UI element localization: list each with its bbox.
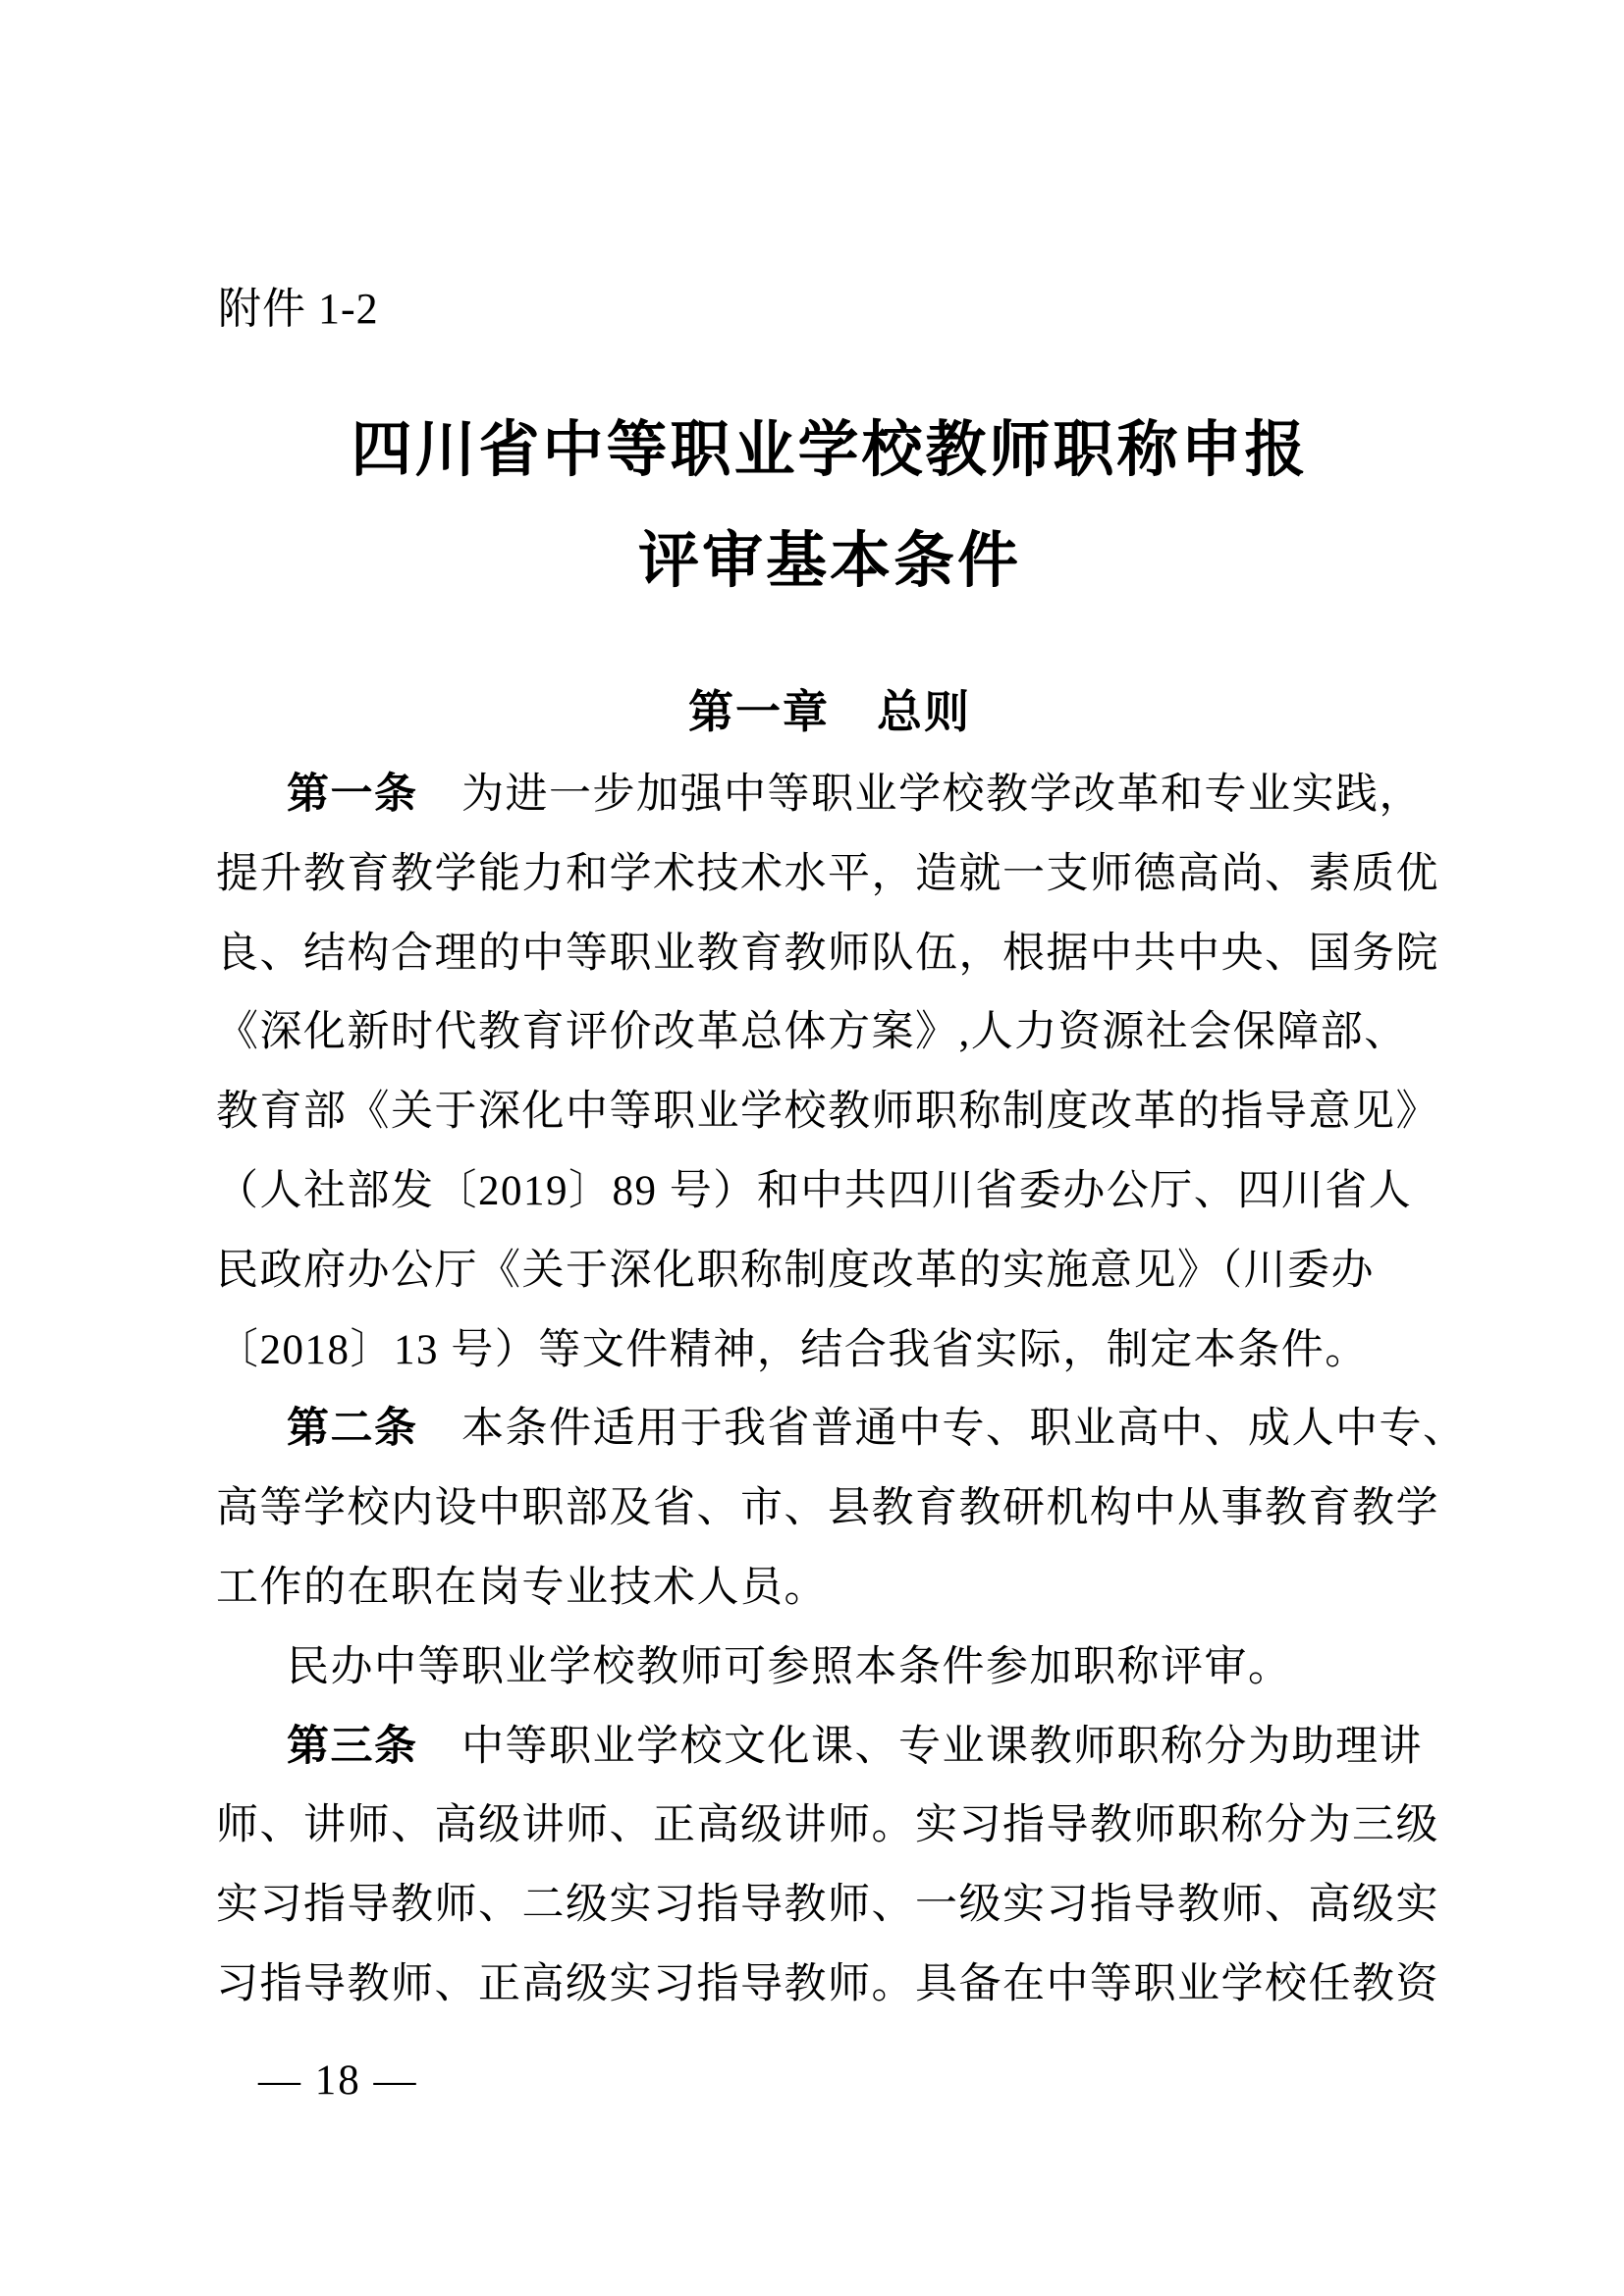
- body-text-segment: 高等学校内设中职部及省、市、县教育教研机构中从事教育教学: [216, 1485, 1439, 1531]
- body-line: 实习指导教师、二级实习指导教师、一级实习指导教师、高级实: [216, 1866, 1443, 1946]
- body-line: （人社部发〔2019〕89 号）和中共四川省委办公厅、四川省人: [216, 1152, 1443, 1232]
- body-text-segment: 中等职业学校文化课、专业课教师职称分为助理讲: [418, 1724, 1424, 1770]
- article-number: 第三条: [287, 1724, 418, 1770]
- body-line: 〔2018〕13 号）等文件精神，结合我省实际，制定本条件。: [216, 1311, 1443, 1391]
- document-page: 附件 1-2 四川省中等职业学校教师职称申报 评审基本条件 第一章 总则 第一条…: [0, 0, 1624, 2296]
- body-text-segment: 教育部《关于深化中等职业学校教师职称制度改革的指导意见》: [216, 1089, 1439, 1135]
- body-text-segment: 提升教育教学能力和学术技术水平，造就一支师德高尚、素质优: [216, 851, 1439, 897]
- article-number: 第一条: [287, 772, 418, 818]
- body-text-segment: 本条件适用于我省普通中专、职业高中、成人中专、: [418, 1406, 1467, 1452]
- body-text-segment: 师、讲师、高级讲师、正高级讲师。实习指导教师职称分为三级: [216, 1802, 1439, 1848]
- body-line: 提升教育教学能力和学术技术水平，造就一支师德高尚、素质优: [216, 835, 1443, 915]
- body-line: 习指导教师、正高级实习指导教师。具备在中等职业学校任教资: [216, 1946, 1443, 2025]
- body-line: 良、结构合理的中等职业教育教师队伍，根据中共中央、国务院: [216, 915, 1443, 994]
- body-text-segment: 民办中等职业学校教师可参照本条件参加职称评审。: [287, 1644, 1292, 1690]
- body-line: 工作的在职在岗专业技术人员。: [216, 1549, 1443, 1629]
- body-line: 师、讲师、高级讲师、正高级讲师。实习指导教师职称分为三级: [216, 1787, 1443, 1866]
- body-line: 《深化新时代教育评价改革总体方案》,人力资源社会保障部、: [216, 993, 1443, 1073]
- attachment-label: 附件 1-2: [218, 286, 379, 333]
- body-text-segment: 为进一步加强中等职业学校教学改革和专业实践，: [418, 772, 1424, 818]
- page-number: — 18 —: [258, 2058, 418, 2104]
- body-line: 高等学校内设中职部及省、市、县教育教研机构中从事教育教学: [216, 1469, 1443, 1549]
- body-line: 教育部《关于深化中等职业学校教师职称制度改革的指导意见》: [216, 1073, 1443, 1152]
- body-line: 民政府办公厅《关于深化职称制度改革的实施意见》（川委办: [216, 1232, 1443, 1311]
- body-text-segment: 习指导教师、正高级实习指导教师。具备在中等职业学校任教资: [216, 1961, 1439, 2007]
- body-text-segment: （人社部发〔2019〕89 号）和中共四川省委办公厅、四川省人: [216, 1168, 1412, 1214]
- body-line: 第三条 中等职业学校文化课、专业课教师职称分为助理讲: [216, 1708, 1443, 1788]
- body-text-segment: 良、结构合理的中等职业教育教师队伍，根据中共中央、国务院: [216, 931, 1439, 977]
- body-text: 第一条 为进一步加强中等职业学校教学改革和专业实践，提升教育教学能力和学术技术水…: [216, 756, 1443, 2025]
- chapter-heading: 第一章 总则: [216, 687, 1443, 736]
- document-title-line-1: 四川省中等职业学校教师职称申报: [216, 418, 1443, 483]
- body-text-segment: 民政府办公厅《关于深化职称制度改革的实施意见》（川委办: [216, 1248, 1375, 1294]
- article-number: 第二条: [287, 1406, 418, 1452]
- body-line: 第二条 本条件适用于我省普通中专、职业高中、成人中专、: [216, 1390, 1443, 1469]
- document-title-line-2: 评审基本条件: [216, 529, 1443, 594]
- body-text-segment: 〔2018〕13 号）等文件精神，结合我省实际，制定本条件。: [216, 1327, 1369, 1373]
- body-line: 第一条 为进一步加强中等职业学校教学改革和专业实践，: [216, 756, 1443, 835]
- body-text-segment: 《深化新时代教育评价改革总体方案》,人力资源社会保障部、: [216, 1009, 1408, 1055]
- body-line: 民办中等职业学校教师可参照本条件参加职称评审。: [216, 1629, 1443, 1708]
- body-text-segment: 实习指导教师、二级实习指导教师、一级实习指导教师、高级实: [216, 1882, 1439, 1928]
- body-text-segment: 工作的在职在岗专业技术人员。: [216, 1565, 828, 1611]
